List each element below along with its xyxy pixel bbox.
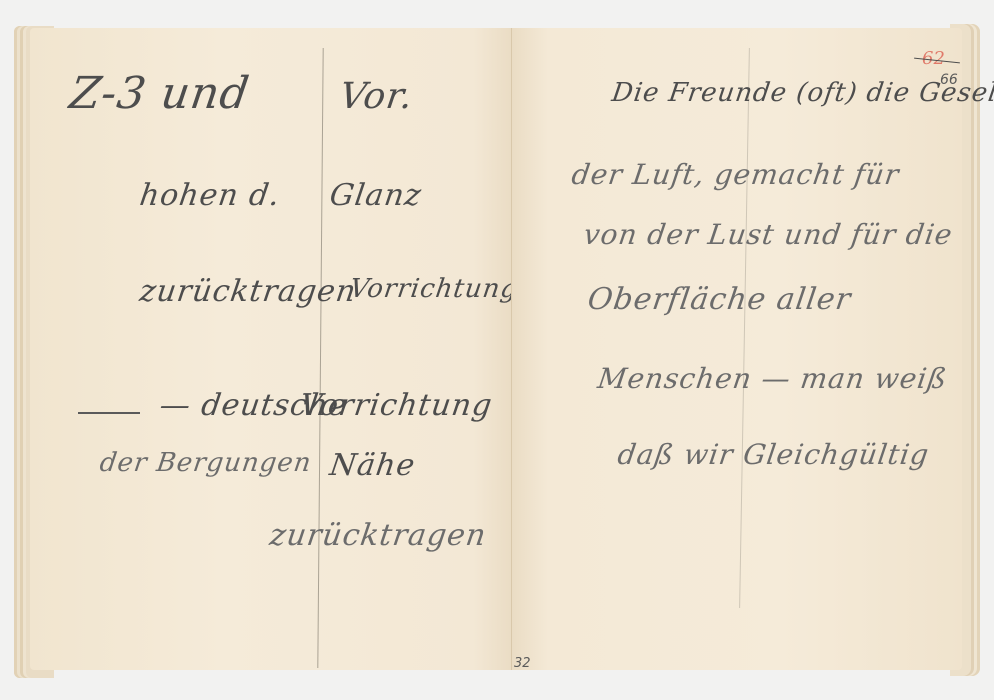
- dash-mark: [78, 412, 140, 414]
- handwriting-line: Die Freunde (oft) die Gesellschaft in: [610, 78, 994, 108]
- handwriting-line: Vorrichtung: [298, 388, 495, 423]
- right-column-rule: [739, 48, 750, 608]
- handwriting-line: Vor.: [337, 76, 416, 117]
- handwriting-line: Glanz: [328, 178, 424, 213]
- handwriting-line: zurücktragen: [268, 518, 489, 553]
- right-page: Die Freunde (oft) die Gesellschaft in de…: [512, 28, 962, 670]
- handwriting-line: Menschen — man weiß: [596, 362, 950, 395]
- pencil-page-number: 66: [940, 72, 958, 88]
- left-column-rule: [317, 48, 323, 668]
- handwriting-line: Z-3 und: [66, 68, 252, 119]
- handwriting-line: von der Lust und für die: [582, 218, 955, 251]
- open-notebook: Z-3 und Vor. hohen d. Glanz zurücktragen…: [14, 22, 980, 680]
- handwriting-line: hohen d.: [138, 178, 283, 213]
- handwriting-line: der Bergungen: [98, 448, 314, 478]
- handwriting-line: Oberfläche aller: [586, 282, 854, 317]
- handwriting-line: daß wir Gleichgültig: [616, 438, 932, 471]
- handwriting-line: zurücktragen: [138, 274, 359, 309]
- left-page: Z-3 und Vor. hohen d. Glanz zurücktragen…: [30, 28, 512, 670]
- bottom-page-number: 32: [514, 656, 531, 671]
- handwriting-line: Nähe: [328, 448, 418, 483]
- handwriting-line: der Luft, gemacht für: [570, 158, 902, 191]
- handwriting-line: Vorrichtung: [348, 274, 520, 304]
